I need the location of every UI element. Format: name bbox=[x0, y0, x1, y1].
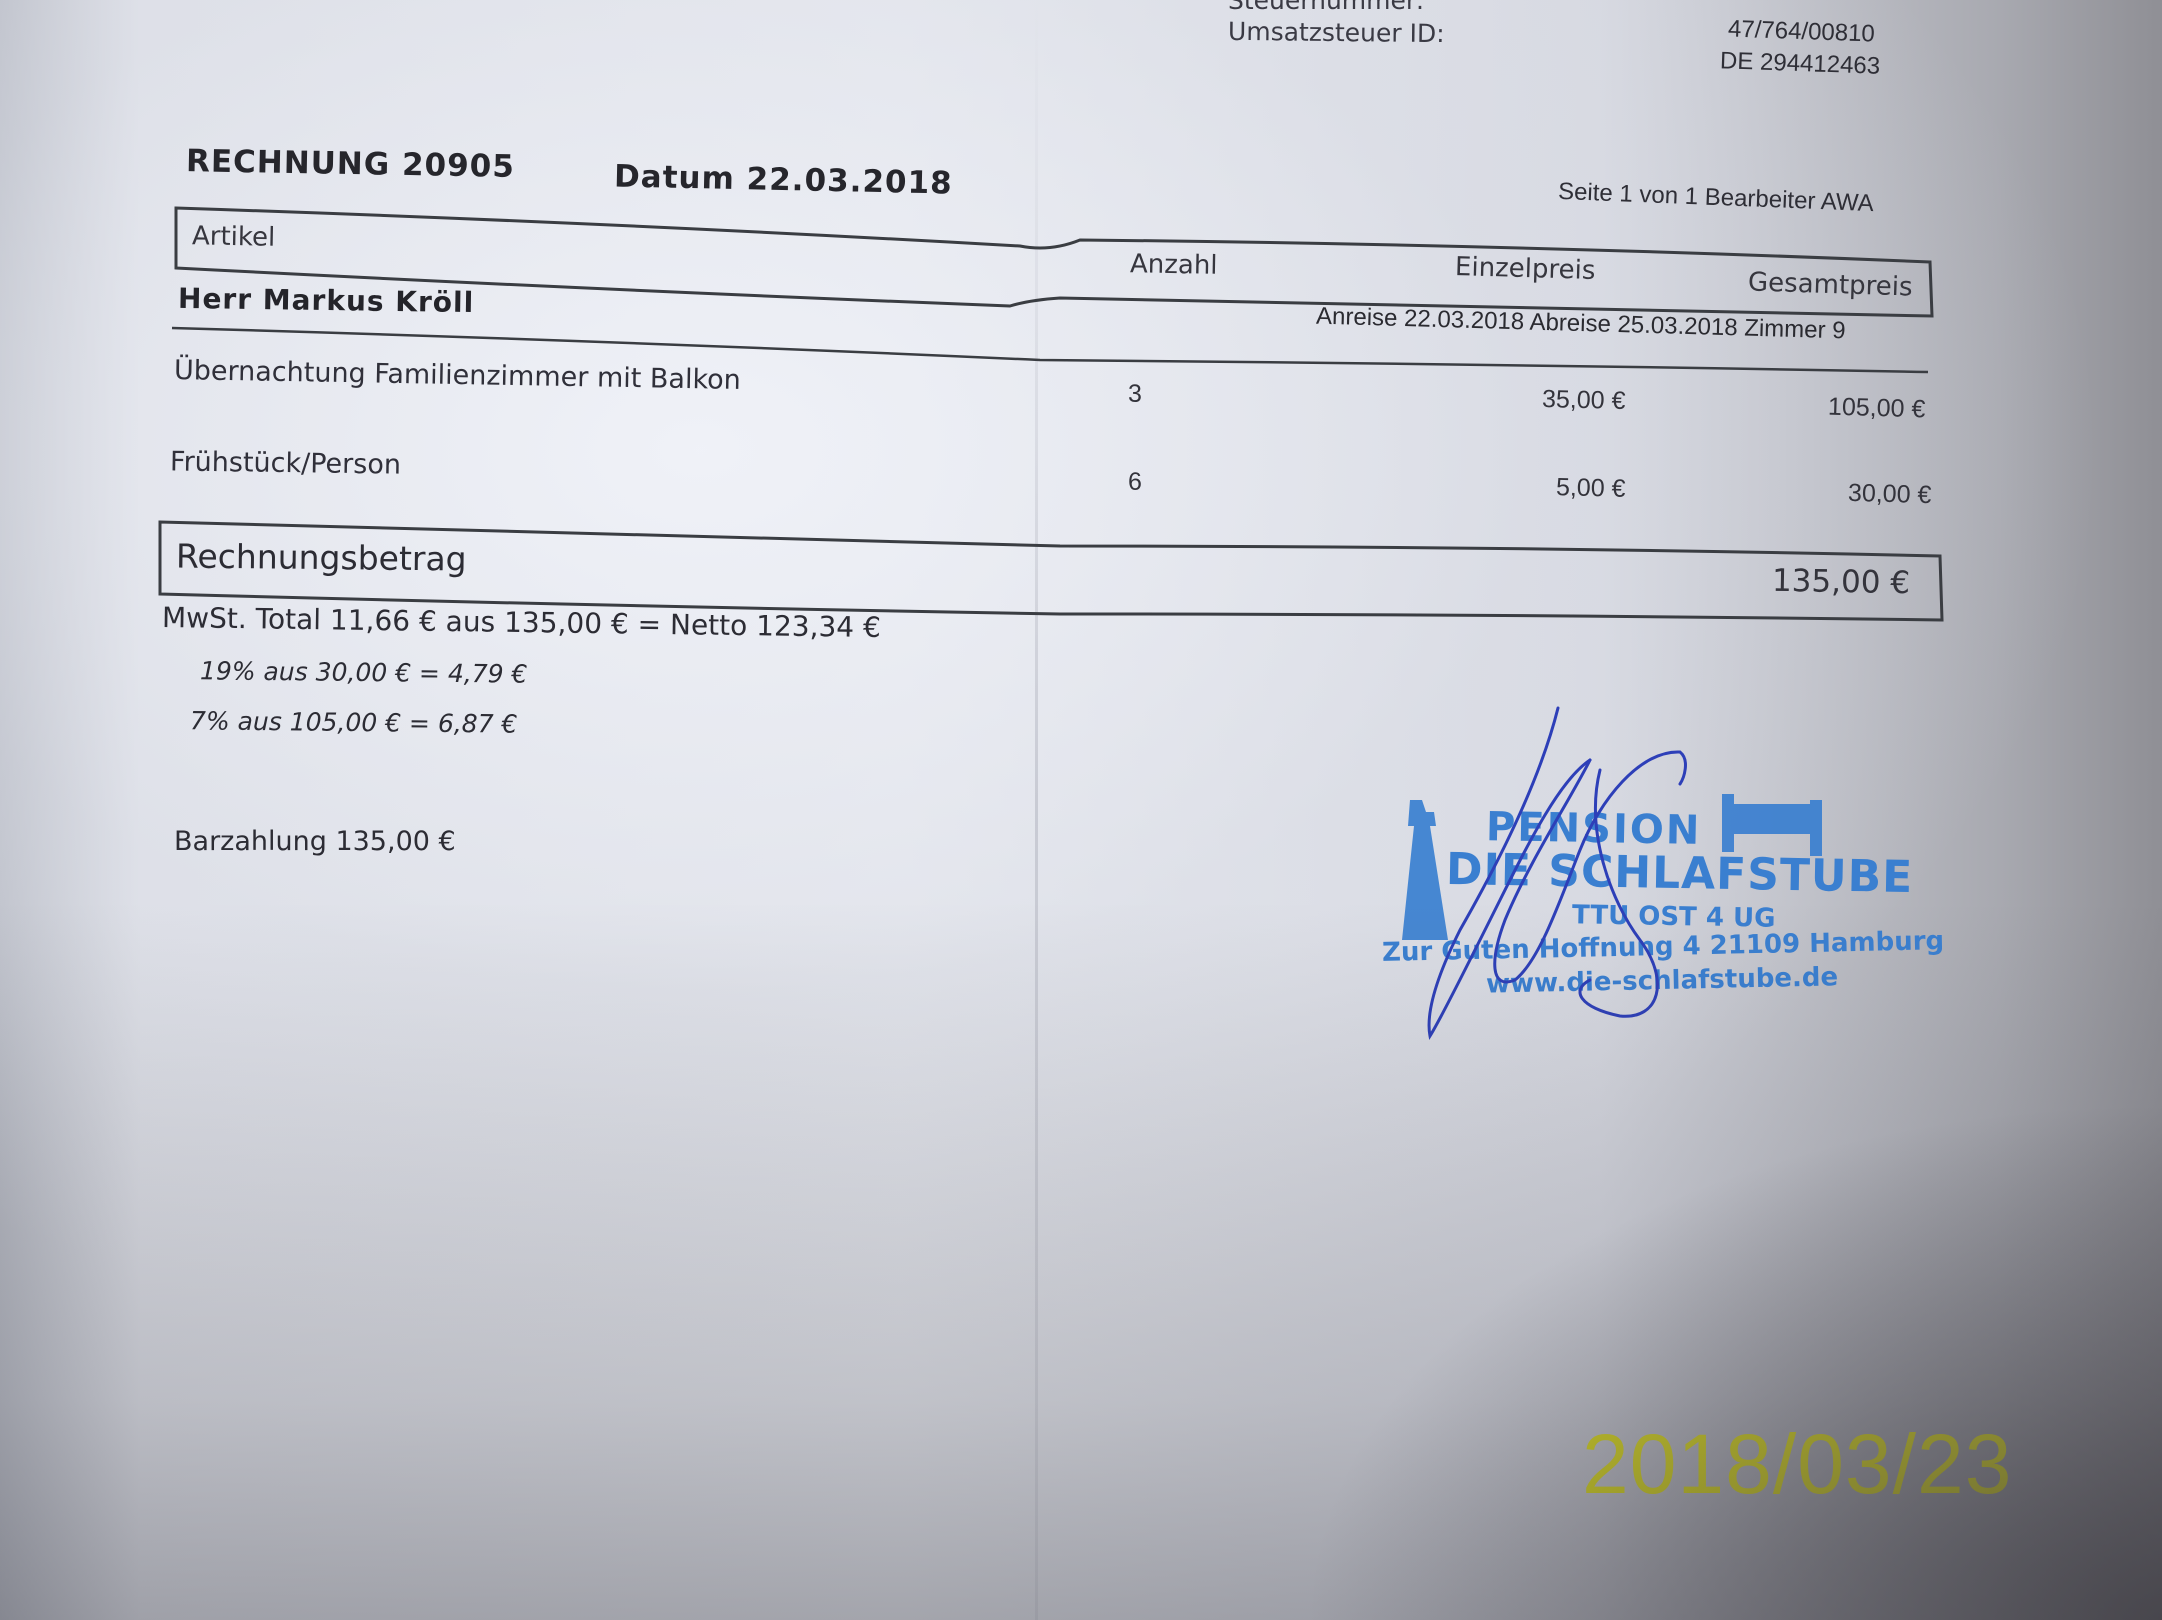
signature bbox=[0, 0, 2162, 1620]
invoice-document: Steuernummer: Umsatzsteuer ID: 47/764/00… bbox=[0, 0, 2162, 1620]
camera-date-overlay: 2018/03/23 bbox=[1582, 1416, 2012, 1513]
